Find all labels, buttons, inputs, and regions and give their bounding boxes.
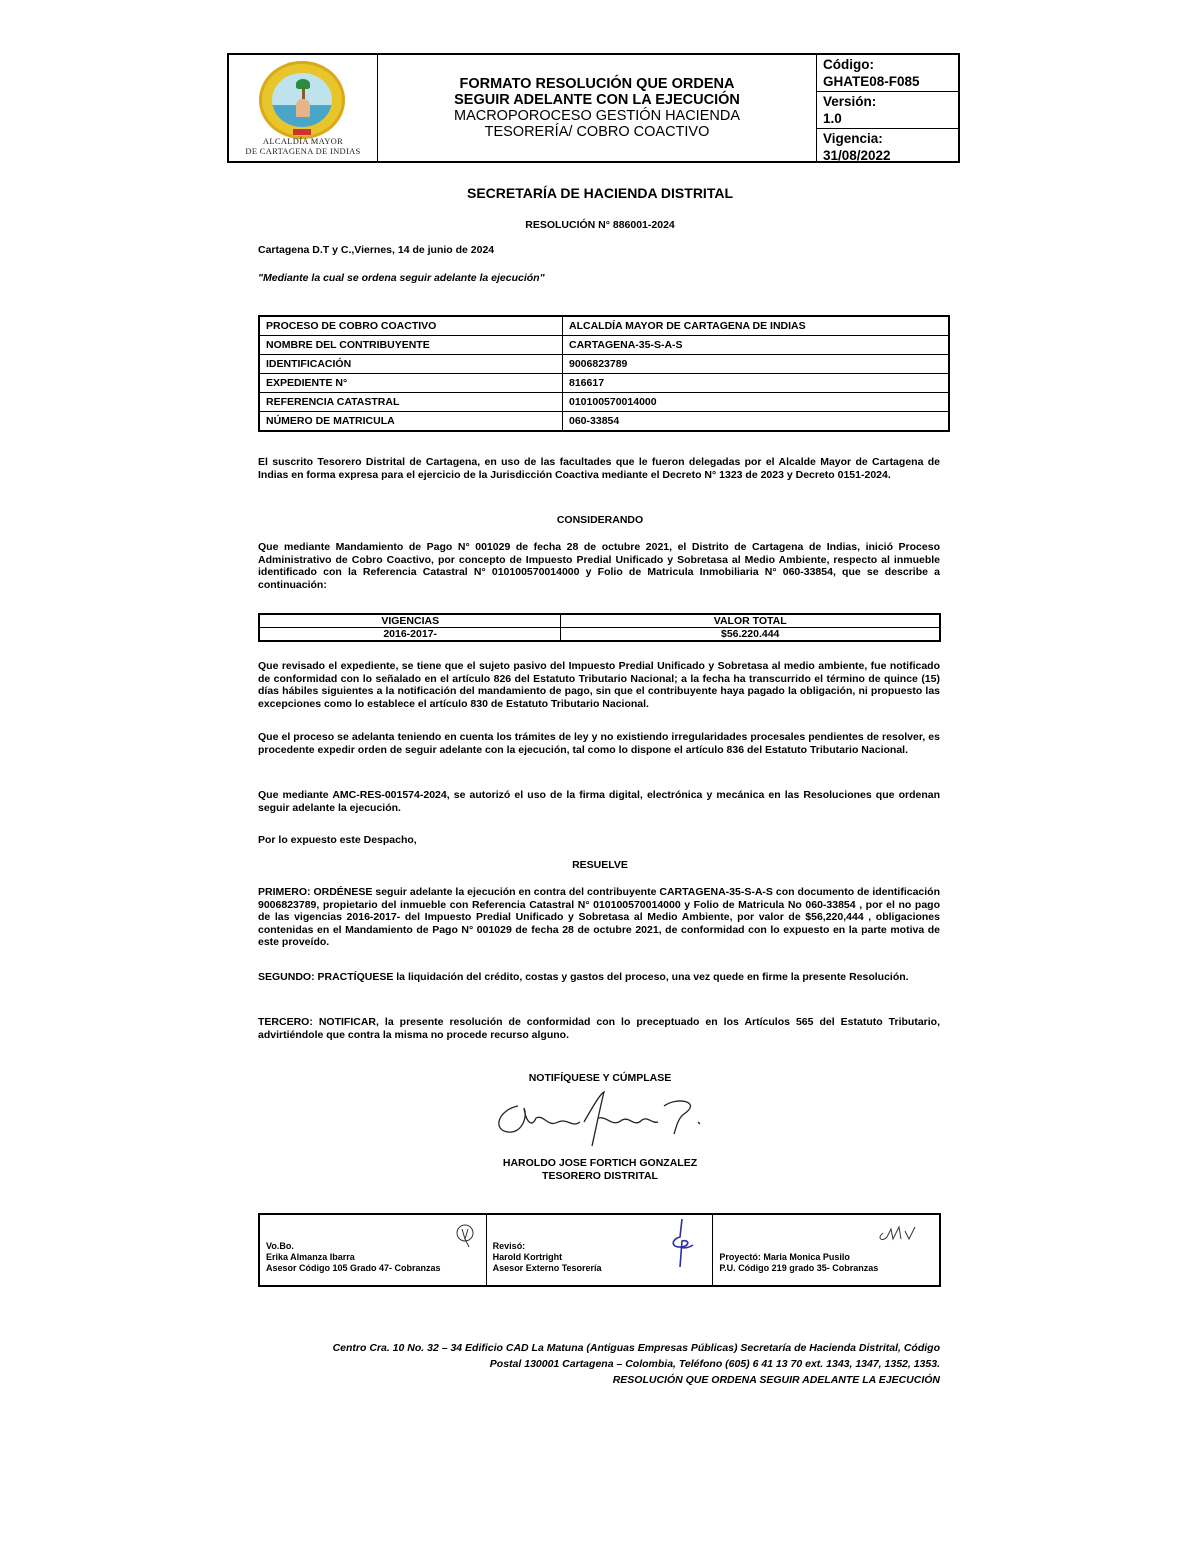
info-value: 816617	[563, 374, 950, 393]
signer-block: HAROLDO JOSE FORTICH GONZALEZ TESORERO D…	[0, 1157, 1200, 1183]
paragraph-despacho: Por lo expuesto este Despacho,	[258, 834, 940, 847]
table-row: REFERENCIA CATASTRAL010100570014000	[259, 393, 949, 412]
initials-icon	[454, 1223, 476, 1249]
format-metadata: Código: GHATE08-F085 Versión: 1.0 Vigenc…	[817, 55, 958, 161]
resuelve-tercero: TERCERO: NOTIFICAR, la presente resoluci…	[258, 1016, 940, 1041]
table-row: IDENTIFICACIÓN9006823789	[259, 355, 949, 374]
table-row: EXPEDIENTE N°816617	[259, 374, 949, 393]
intro-paragraph: El suscrito Tesorero Distrital de Cartag…	[258, 456, 940, 481]
info-label: NOMBRE DEL CONTRIBUYENTE	[259, 336, 563, 355]
table-row: 2016-2017- $56.220.444	[259, 628, 940, 642]
valor-total-header: VALOR TOTAL	[561, 614, 940, 628]
info-label: EXPEDIENTE N°	[259, 374, 563, 393]
city-seal-icon	[259, 61, 345, 139]
vigencias-header: VIGENCIAS	[259, 614, 561, 628]
format-title: FORMATO RESOLUCIÓN QUE ORDENA SEGUIR ADE…	[378, 55, 817, 161]
review-proyecto: Proyectó: Maria Monica Pusilo P.U. Códig…	[712, 1215, 939, 1285]
vigencia-cell: Vigencia: 31/08/2022	[817, 128, 958, 165]
document-page: ALCALDÍA MAYOR DE CARTAGENA DE INDIAS FO…	[0, 0, 1200, 1553]
signature-icon	[488, 1088, 718, 1148]
info-value: CARTAGENA-35-S-A-S	[563, 336, 950, 355]
table-row: NÚMERO DE MATRICULA060-33854	[259, 412, 949, 432]
place-date: Cartagena D.T y C.,Viernes, 14 de junio …	[258, 244, 940, 257]
codigo-cell: Código: GHATE08-F085	[817, 55, 958, 91]
info-label: REFERENCIA CATASTRAL	[259, 393, 563, 412]
review-box: Vo.Bo. Erika Almanza Ibarra Asesor Códig…	[258, 1213, 941, 1287]
signer-title: TESORERO DISTRITAL	[0, 1170, 1200, 1183]
closing-formula: NOTIFÍQUESE Y CÚMPLASE	[0, 1072, 1200, 1084]
info-label: IDENTIFICACIÓN	[259, 355, 563, 374]
office-heading: SECRETARÍA DE HACIENDA DISTRITAL	[0, 185, 1200, 201]
resolution-number: RESOLUCIÓN N° 886001-2024	[0, 219, 1200, 231]
initials-icon	[877, 1223, 917, 1245]
considerando-heading: CONSIDERANDO	[0, 514, 1200, 526]
logo-caption: ALCALDÍA MAYOR DE CARTAGENA DE INDIAS	[229, 136, 377, 156]
paragraph-revisado: Que revisado el expediente, se tiene que…	[258, 660, 940, 710]
table-row: PROCESO DE COBRO COACTIVOALCALDÍA MAYOR …	[259, 316, 949, 336]
document-header: ALCALDÍA MAYOR DE CARTAGENA DE INDIAS FO…	[227, 53, 960, 163]
info-value: 010100570014000	[563, 393, 950, 412]
considerando-paragraph: Que mediante Mandamiento de Pago N° 0010…	[258, 541, 940, 591]
resolution-subject: "Mediante la cual se ordena seguir adela…	[258, 272, 940, 285]
valor-total-value: $56.220.444	[561, 628, 940, 642]
paragraph-proceso: Que el proceso se adelanta teniendo en c…	[258, 731, 940, 756]
vigencias-value: 2016-2017-	[259, 628, 561, 642]
review-vobo: Vo.Bo. Erika Almanza Ibarra Asesor Códig…	[260, 1215, 486, 1285]
info-label: NÚMERO DE MATRICULA	[259, 412, 563, 432]
taxpayer-info-table: PROCESO DE COBRO COACTIVOALCALDÍA MAYOR …	[258, 315, 950, 432]
resuelve-segundo: SEGUNDO: PRACTÍQUESE la liquidación del …	[258, 971, 940, 984]
info-value: 9006823789	[563, 355, 950, 374]
vigencias-table: VIGENCIAS VALOR TOTAL 2016-2017- $56.220…	[258, 613, 941, 642]
paragraph-firma: Que mediante AMC-RES-001574-2024, se aut…	[258, 789, 940, 814]
review-reviso: Revisó: Harold Kortright Asesor Externo …	[486, 1215, 713, 1285]
info-label: PROCESO DE COBRO COACTIVO	[259, 316, 563, 336]
logo-cell: ALCALDÍA MAYOR DE CARTAGENA DE INDIAS	[229, 55, 378, 161]
table-row: NOMBRE DEL CONTRIBUYENTECARTAGENA-35-S-A…	[259, 336, 949, 355]
initials-icon	[668, 1217, 694, 1271]
version-cell: Versión: 1.0	[817, 91, 958, 128]
resuelve-primero: PRIMERO: ORDÉNESE seguir adelante la eje…	[258, 886, 940, 949]
info-value: 060-33854	[563, 412, 950, 432]
resuelve-heading: RESUELVE	[0, 859, 1200, 871]
signer-name: HAROLDO JOSE FORTICH GONZALEZ	[0, 1157, 1200, 1170]
page-footer: Centro Cra. 10 No. 32 – 34 Edificio CAD …	[258, 1340, 940, 1388]
info-value: ALCALDÍA MAYOR DE CARTAGENA DE INDIAS	[563, 316, 950, 336]
